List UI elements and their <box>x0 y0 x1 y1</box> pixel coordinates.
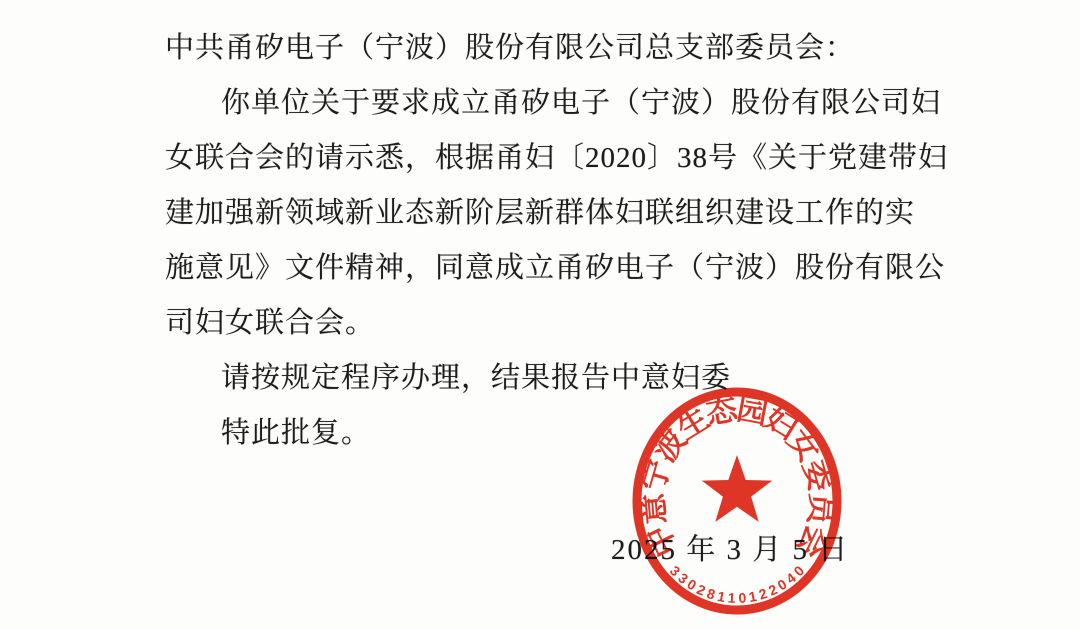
body-line: 女联合会的请示悉，根据甬妇〔2020〕38号《关于党建带妇 <box>165 131 995 186</box>
salutation-line: 中共甬矽电子（宁波）股份有限公司总支部委员会： <box>165 21 995 76</box>
body-line: 施意见》文件精神，同意成立甬矽电子（宁波）股份有限公 <box>165 241 995 296</box>
body-line: 建加强新领域新业态新阶层新群体妇联组织建设工作的实 <box>165 186 995 241</box>
scanned-document-page: 中共甬矽电子（宁波）股份有限公司总支部委员会： 你单位关于要求成立甬矽电子（宁波… <box>0 0 1080 630</box>
seal-code-char: 8 <box>705 585 717 603</box>
body-line: 你单位关于要求成立甬矽电子（宁波）股份有限公司妇 <box>165 76 995 131</box>
seal-code-char: 0 <box>738 590 747 606</box>
seal-code-char: 1 <box>716 588 727 605</box>
seal-code-char: 1 <box>747 588 758 605</box>
seal-ring-char: 意 <box>635 492 673 526</box>
official-seal: 中意宁波生态园妇女委员会 33028110122040 <box>602 366 872 630</box>
red-star-icon <box>702 455 772 522</box>
body-line: 司妇女联合会。 <box>165 296 995 351</box>
seal-code-char: 1 <box>727 590 736 606</box>
